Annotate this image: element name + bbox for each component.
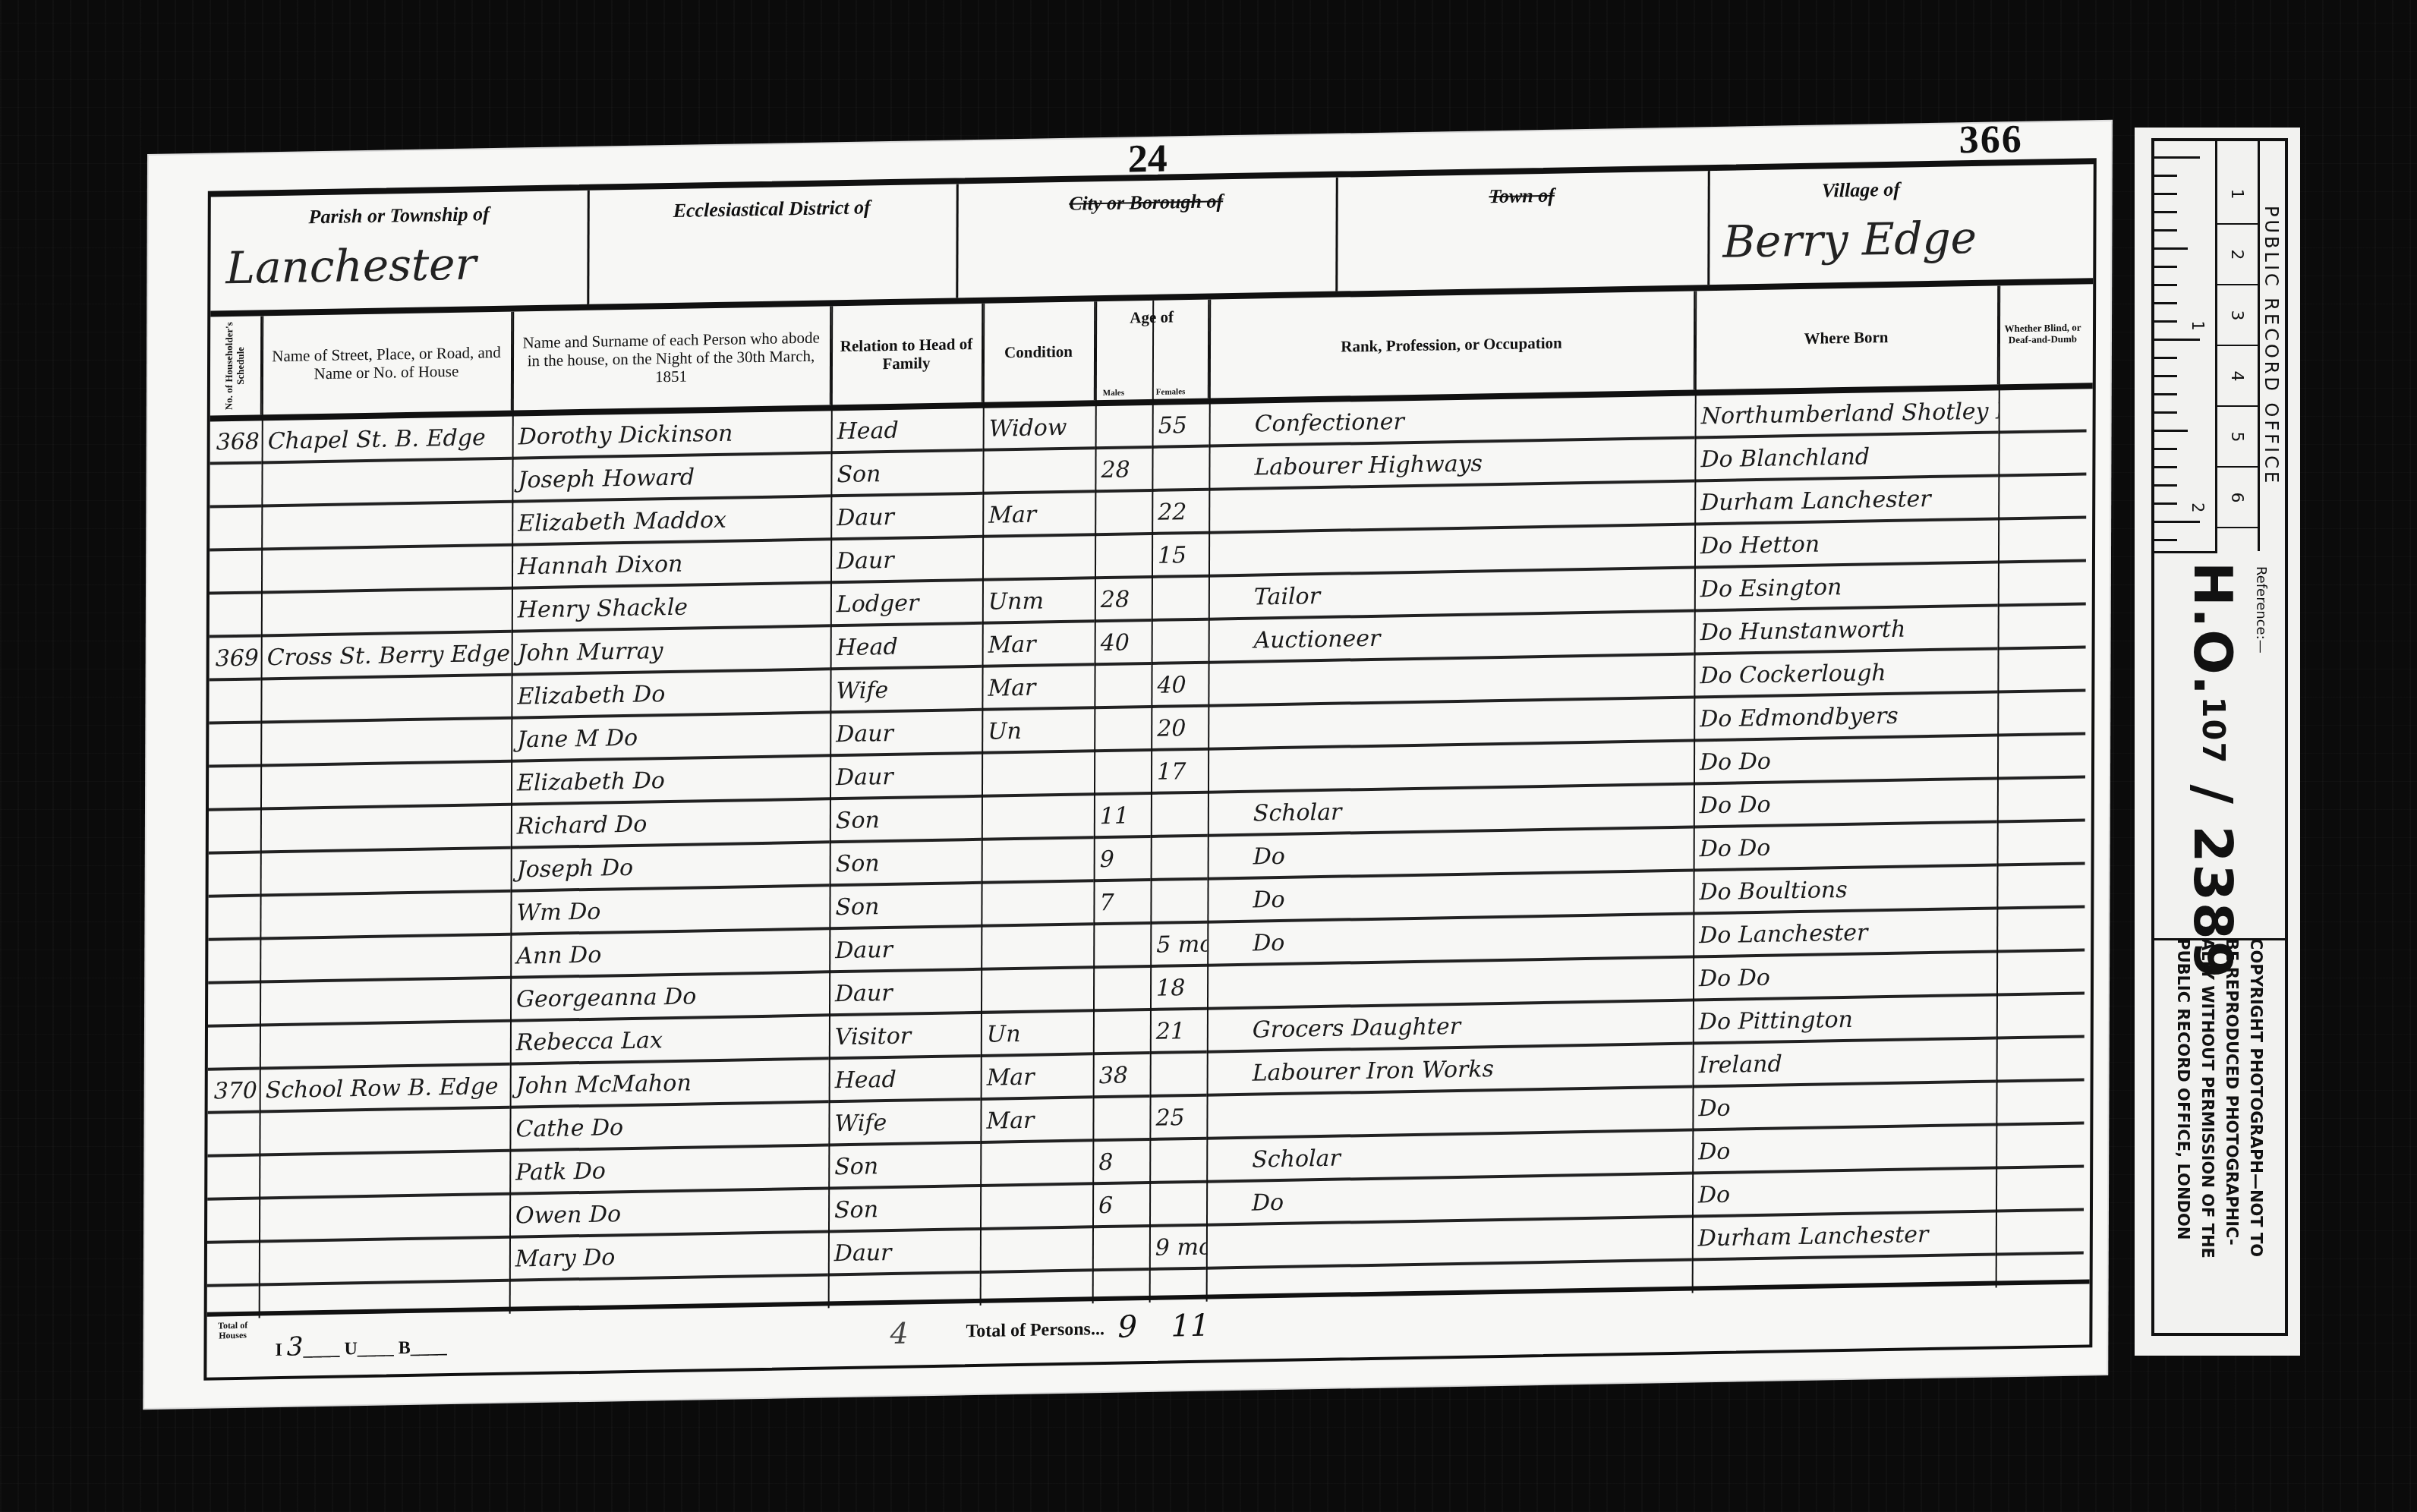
cell-schedule [207, 1199, 259, 1243]
cell-blind [1996, 1168, 2084, 1213]
cell-relation: Daur [830, 495, 982, 540]
reference-strip: 12 123456 PUBLIC RECORD OFFICE Reference… [2135, 128, 2300, 1356]
cell-female-age: 20 [1151, 707, 1208, 751]
cell-relation: Daur [829, 928, 981, 973]
cell-relation: Head [831, 408, 983, 454]
cell-condition: Mar [982, 493, 1095, 538]
cell-street [260, 893, 510, 940]
cell-street [260, 763, 511, 811]
cell-condition: Mar [980, 1098, 1092, 1144]
cell-male-age [1092, 1227, 1149, 1271]
cell-street [260, 979, 510, 1027]
cell-female-age: 40 [1151, 664, 1208, 708]
cell-blind [1996, 865, 2085, 909]
cell-blind [1996, 994, 2085, 1039]
ruler-tick [2154, 284, 2177, 286]
cell-schedule [208, 940, 260, 984]
cell-born: Do Esington [1694, 563, 1998, 612]
cell-condition: Mar [981, 1055, 1093, 1101]
cell-born: Durham Lanchester [1694, 477, 1998, 525]
cell-name: Richard Do [511, 800, 830, 849]
cell-street: Chapel St. B. Edge [262, 417, 512, 465]
cell-born: Durham Lanchester [1692, 1213, 1996, 1262]
cell-condition [981, 925, 1093, 971]
cell-male-age: 28 [1095, 449, 1152, 493]
ruler-tick [2154, 193, 2177, 195]
cell-street [259, 1195, 509, 1243]
cell-male-age: 40 [1095, 622, 1152, 666]
copyright-notice: COPYRIGHT PHOTOGRAPH—NOT TO BE REPRODUCE… [2154, 938, 2285, 1333]
cell-female-age [1151, 794, 1208, 838]
cell-condition [980, 1142, 1092, 1187]
cell-relation: Son [828, 1187, 980, 1233]
cell-street [260, 849, 511, 897]
col-street: Name of Street, Place, or Road, and Name… [262, 312, 512, 415]
cell-born: Do Cockerlough [1694, 650, 1997, 698]
cell-name: Owen Do [509, 1189, 828, 1238]
ruler-tick [2154, 266, 2177, 268]
cell-name: Elizabeth Maddox [512, 497, 830, 546]
cell-name: Elizabeth Do [511, 757, 830, 805]
cell-born: Do Do [1694, 780, 1997, 828]
cell-female-age [1150, 880, 1207, 925]
cell-blind [1998, 518, 2086, 563]
borough-cell: City or Borough of [956, 178, 1338, 298]
cell-female-age [1152, 448, 1208, 492]
census-form: Parish or Township of Lanchester Ecclesi… [203, 158, 2096, 1381]
cell-male-age [1094, 665, 1151, 709]
cell-blind [1999, 389, 2087, 433]
cell-street [261, 590, 512, 638]
ecclesiastical-cell: Ecclesiastical District of [587, 184, 959, 304]
ruler-tick [2154, 411, 2177, 414]
cell-male-age: 7 [1093, 881, 1150, 925]
cell-condition: Un [982, 709, 1094, 754]
ruler-tick [2154, 466, 2177, 468]
cell-female-age [1149, 1183, 1206, 1227]
cell-schedule [208, 1026, 260, 1070]
cell-schedule: 369 [210, 637, 261, 681]
cell-female-age: 15 [1152, 534, 1208, 578]
col-condition: Condition [983, 301, 1095, 402]
ruler-label: 1 [2188, 320, 2207, 330]
cell-schedule [210, 594, 261, 638]
cell-female-age: 18 [1150, 967, 1207, 1011]
cell-name: Joseph Do [511, 843, 830, 892]
ruler-tick [2154, 247, 2188, 250]
cell-blind [1996, 1082, 2084, 1126]
cell-male-age: 38 [1093, 1054, 1150, 1098]
cell-name: Patk Do [509, 1146, 828, 1195]
ruler-tick [2154, 302, 2177, 304]
cell-street: Cross St. Berry Edge [261, 633, 512, 681]
cell-male-age [1094, 708, 1151, 752]
total-persons-label: Total of Persons... [966, 1319, 1105, 1342]
cell-blind [1996, 908, 2085, 953]
cell-schedule [210, 507, 261, 551]
cell-relation: Head [830, 625, 982, 670]
cell-street [259, 1109, 509, 1157]
cell-name: Joseph Howard [512, 454, 830, 502]
cell-relation: Son [828, 1144, 980, 1189]
cell-street [261, 503, 512, 551]
cell-female-age [1149, 1140, 1206, 1184]
cell-female-age: 22 [1152, 491, 1208, 535]
cell-name: John Murray [512, 627, 830, 676]
cell-street [260, 676, 511, 724]
cell-schedule: 368 [210, 421, 262, 465]
cell-name: Jane M Do [511, 713, 830, 762]
cell-name: Mary Do [509, 1233, 828, 1281]
col-blind: Whether Blind, or Deaf-and-Dumb [1999, 284, 2087, 384]
cell-relation: Daur [830, 538, 982, 584]
cell-relation: Son [829, 884, 981, 930]
cell-male-age [1095, 492, 1152, 536]
parish-cell: Parish or Township of Lanchester [210, 191, 590, 311]
cell-born: Do Hetton [1694, 520, 1998, 569]
cell-condition [980, 1185, 1092, 1230]
village-cell: Village of Berry Edge [1707, 164, 2088, 285]
cell-female-age: 25 [1149, 1097, 1206, 1141]
cell-name: Cathe Do [509, 1103, 828, 1151]
parish-label: Parish or Township of [211, 201, 588, 231]
ruler-tick [2154, 484, 2177, 487]
cell-relation: Visitor [829, 1014, 981, 1060]
cell-relation: Lodger [830, 581, 982, 627]
cell-condition: Mar [982, 622, 1095, 668]
cell-name: Elizabeth Do [511, 670, 830, 719]
cell-street: School Row B. Edge [260, 1066, 510, 1114]
cell-condition: Unm [982, 579, 1095, 625]
cell-condition [982, 752, 1094, 798]
cell-street [259, 1152, 509, 1200]
cell-street [260, 1022, 510, 1070]
reference-label: Reference:— [2253, 566, 2269, 657]
scale-cell: 3 [2215, 285, 2258, 346]
cell-relation: Head [829, 1057, 981, 1103]
cell-schedule [209, 810, 260, 854]
cell-name: Hannah Dixon [512, 540, 830, 589]
ruler-tick [2154, 175, 2177, 177]
scale-cell: 1 [2215, 164, 2258, 225]
cell-blind [1997, 691, 2085, 736]
ruler-tick [2154, 357, 2177, 359]
cell-occupation [1206, 1218, 1692, 1270]
scale-cell: 5 [2215, 407, 2258, 468]
cell-blind [1998, 475, 2086, 520]
cell-relation: Daur [830, 711, 982, 757]
cell-male-age [1095, 535, 1152, 579]
cell-female-age: 21 [1150, 1010, 1207, 1054]
cell-male-age: 9 [1094, 838, 1151, 882]
cm-scale: 123456 [2215, 141, 2260, 551]
cell-schedule [209, 853, 260, 897]
col-born: Where Born [1695, 285, 1999, 389]
col-schedule: No. of Householder's Schedule [210, 316, 262, 415]
cell-street [260, 720, 511, 767]
scale-cell: 6 [2215, 468, 2258, 528]
cell-blind [1998, 562, 2086, 606]
cell-relation: Daur [828, 1230, 980, 1276]
cell-street [260, 806, 511, 854]
cell-born: Do Boultions [1693, 867, 1996, 915]
cell-schedule [208, 896, 260, 940]
cell-condition [982, 449, 1095, 495]
parish-value: Lanchester [225, 238, 476, 294]
reference-box: Reference:— H.O.107 / 2389 [2154, 551, 2285, 940]
ruler-label: 2 [2188, 502, 2207, 512]
cell-born: Do Hunstanworth [1694, 606, 1998, 655]
cell-female-age [1152, 621, 1208, 665]
cell-male-age [1093, 968, 1150, 1012]
ruler-tick [2154, 430, 2188, 432]
ruler-tick [2154, 521, 2200, 523]
cell-condition: Mar [982, 666, 1094, 711]
cell-schedule [209, 767, 260, 811]
ruler-tick [2154, 211, 2177, 213]
cell-street [260, 936, 510, 984]
cell-female-age: 17 [1151, 751, 1208, 795]
cell-born: Do Pittington [1693, 997, 1996, 1045]
cell-schedule [209, 723, 260, 767]
cell-blind [1996, 1125, 2084, 1170]
cell-blind [1997, 735, 2085, 780]
cell-blind [1997, 821, 2085, 866]
ecclesiastical-label: Ecclesiastical District of [588, 194, 956, 223]
cell-relation: Daur [829, 971, 981, 1016]
ruler-tick [2154, 320, 2177, 323]
cell-female-age [1151, 837, 1208, 881]
cell-born: Do Do [1694, 736, 1997, 785]
total-females: 11 [1171, 1309, 1209, 1344]
cell-born: Northumberland Shotley Bridge [1695, 390, 1999, 439]
cell-male-age: 8 [1092, 1141, 1149, 1185]
cell-relation: Wife [828, 1101, 980, 1146]
cell-name: Dorothy Dickinson [512, 411, 831, 459]
cell-born: Do [1692, 1126, 1996, 1175]
inch-ruler: 12 [2154, 141, 2217, 553]
cell-relation: Son [830, 798, 982, 843]
cell-male-age [1093, 925, 1150, 969]
cell-blind [1996, 951, 2085, 996]
cell-blind [1997, 648, 2085, 693]
cell-female-age: 55 [1152, 405, 1209, 449]
cell-born: Do Do [1694, 824, 1997, 872]
cell-born: Do Edmondbyers [1694, 693, 1997, 742]
cell-name: Wm Do [510, 887, 829, 935]
cell-male-age [1095, 405, 1152, 449]
cell-condition: Widow [983, 406, 1095, 452]
cell-condition [981, 969, 1093, 1014]
cell-male-age [1093, 1011, 1150, 1055]
ruler-tick [2154, 448, 2177, 450]
cell-relation: Son [830, 841, 982, 887]
cell-name: Georgeanna Do [510, 973, 829, 1022]
folio-number: 366 [1959, 117, 2023, 162]
cell-female-age: 9 mo [1149, 1227, 1206, 1271]
scale-cell: 2 [2215, 225, 2258, 285]
cell-male-age: 6 [1092, 1184, 1149, 1228]
ruler-tick [2154, 229, 2177, 232]
cell-male-age [1092, 1098, 1149, 1142]
pencil-note: 4 [890, 1317, 908, 1350]
cell-born: Do Do [1693, 953, 1996, 1002]
cell-schedule [208, 983, 260, 1027]
cell-female-age: 5 mo [1150, 924, 1207, 968]
census-page: 24 366 Parish or Township of Lanchester … [144, 121, 2111, 1408]
cell-name: Henry Shackle [512, 584, 830, 632]
ruler-tick [2154, 393, 2177, 395]
cell-blind [1996, 1038, 2085, 1082]
ruler-tick [2154, 502, 2177, 505]
col-relation: Relation to Head of Family [831, 304, 983, 405]
reference-number: H.O.107 / 2389 [2182, 562, 2244, 983]
cell-condition [982, 795, 1094, 841]
village-label: Village of [1822, 178, 1900, 203]
cell-schedule [210, 464, 261, 508]
cell-name: Ann Do [510, 930, 829, 978]
total-houses: I 3____ U____ B____ [275, 1329, 446, 1362]
cell-male-age [1094, 751, 1151, 795]
cell-female-age [1152, 578, 1208, 622]
cell-name: Rebecca Lax [510, 1016, 829, 1065]
cell-born: Do Blanchland [1694, 433, 1998, 482]
cell-street [261, 460, 512, 508]
cell-born: Do [1692, 1170, 1996, 1218]
cell-relation: Daur [830, 754, 982, 800]
pro-title: PUBLIC RECORD OFFICE [2258, 141, 2285, 551]
cell-condition [981, 882, 1093, 928]
cell-schedule: 370 [208, 1069, 260, 1114]
cell-condition: Un [981, 1012, 1093, 1057]
cell-schedule [209, 680, 260, 724]
ruler-tick [2154, 156, 2200, 159]
cell-schedule [210, 550, 261, 594]
totals-row: Total of Houses I 3____ U____ B____ 4 To… [206, 1279, 2089, 1377]
ruler-tick [2154, 339, 2200, 341]
cell-female-age [1150, 1054, 1207, 1098]
cell-blind [1998, 432, 2086, 477]
scale-cell: 4 [2215, 346, 2258, 407]
cell-blind [1998, 605, 2086, 650]
cell-blind [1996, 1211, 2084, 1256]
cell-name: John McMahon [510, 1060, 829, 1108]
cell-street [259, 1239, 509, 1287]
total-males: 9 [1117, 1309, 1137, 1344]
cell-street [261, 547, 512, 594]
borough-label: City or Borough of [956, 188, 1336, 218]
cell-blind [1997, 778, 2085, 823]
col-name: Name and Surname of each Person who abod… [512, 306, 831, 410]
village-value: Berry Edge [1722, 212, 1977, 268]
cell-relation: Wife [830, 668, 982, 713]
cell-schedule [207, 1156, 259, 1200]
cell-male-age: 11 [1094, 795, 1151, 839]
ruler-tick [2154, 375, 2177, 377]
cell-condition [980, 1228, 1092, 1274]
cell-born: Ireland [1693, 1040, 1996, 1088]
cell-relation: Son [830, 452, 982, 497]
ruler-tick [2154, 539, 2177, 541]
cell-schedule [207, 1113, 259, 1157]
town-label: Town of [1336, 181, 1708, 211]
cell-born: Do Lanchester [1693, 910, 1996, 959]
col-occupation: Rank, Profession, or Occupation [1209, 291, 1695, 398]
total-houses-label: Total of Houses [210, 1321, 256, 1341]
cell-condition [982, 839, 1094, 884]
town-cell: Town of [1335, 171, 1710, 291]
cell-born: Do [1692, 1083, 1996, 1132]
cell-condition [982, 536, 1095, 581]
cell-male-age: 28 [1095, 578, 1152, 622]
cell-schedule [207, 1243, 259, 1287]
